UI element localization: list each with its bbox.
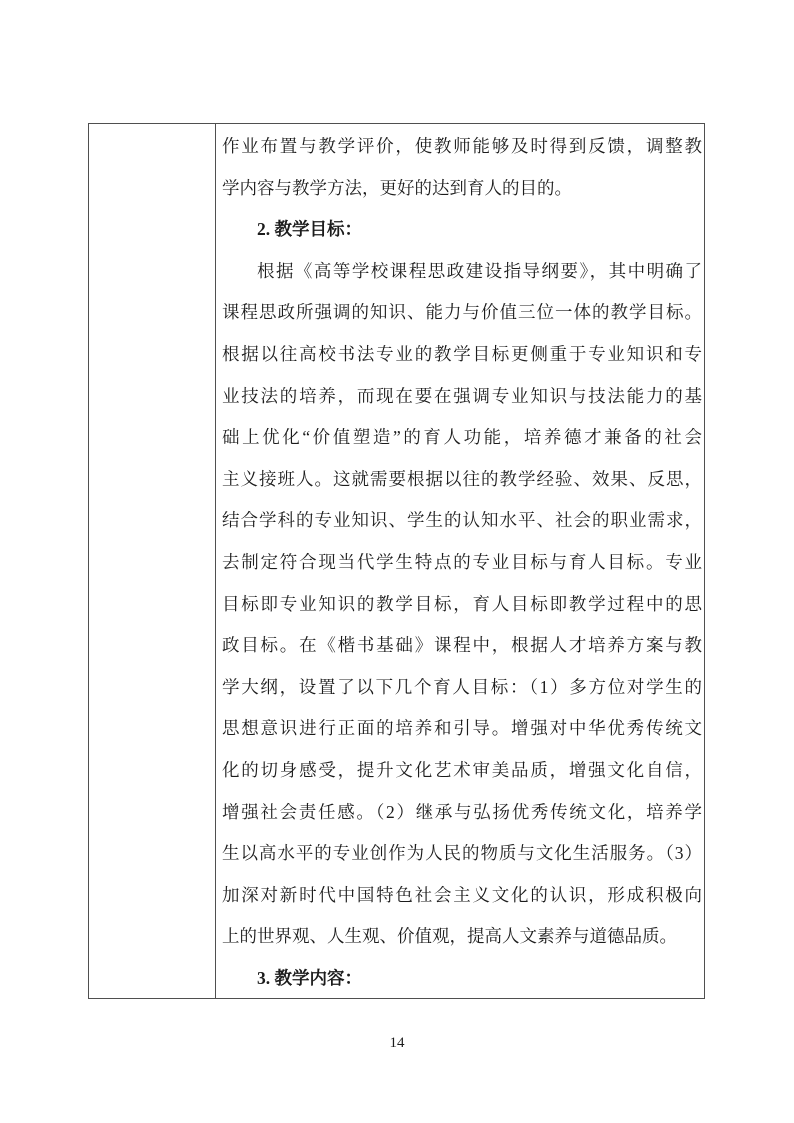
paragraph-line: 学内容与教学方法，更好的达到育人的目的。 — [222, 168, 702, 210]
paragraph-line: 上的世界观、人生观、价值观，提高人文素养与道德品质。 — [222, 916, 702, 958]
page-number: 14 — [0, 1032, 794, 1054]
paragraph-line: 加深对新时代中国特色社会主义文化的认识，形成积极向 — [222, 875, 702, 917]
paragraph-line: 课程思政所强调的知识、能力与价值三位一体的教学目标。 — [222, 292, 702, 334]
paragraph-line: 去制定符合现当代学生特点的专业目标与育人目标。专业 — [222, 542, 702, 584]
content-table: 作业布置与教学评价，使教师能够及时得到反馈，调整教学内容与教学方法，更好的达到育… — [88, 123, 705, 999]
paragraph-line: 作业布置与教学评价，使教师能够及时得到反馈，调整教 — [222, 126, 702, 168]
paragraph-line: 学大纲，设置了以下几个育人目标：（1）多方位对学生的 — [222, 667, 702, 709]
paragraph-line: 思想意识进行正面的培养和引导。增强对中华优秀传统文 — [222, 708, 702, 750]
paragraph-line: 础上优化“价值塑造”的育人功能，培养德才兼备的社会 — [222, 417, 702, 459]
table-content-cell: 作业布置与教学评价，使教师能够及时得到反馈，调整教学内容与教学方法，更好的达到育… — [216, 124, 704, 998]
paragraph-line: 根据以往高校书法专业的教学目标更侧重于专业知识和专 — [222, 334, 702, 376]
table-left-cell — [89, 124, 216, 998]
paragraph-line: 目标即专业知识的教学目标，育人目标即教学过程中的思 — [222, 584, 702, 626]
paragraph-line: 结合学科的专业知识、学生的认知水平、社会的职业需求， — [222, 500, 702, 542]
section-heading: 2. 教学目标： — [222, 209, 702, 251]
paragraph-line: 业技法的培养，而现在要在强调专业知识与技法能力的基 — [222, 376, 702, 418]
paragraph-line: 化的切身感受，提升文化艺术审美品质，增强文化自信， — [222, 750, 702, 792]
document-page: { "page": { "number": "14" }, "table": {… — [0, 0, 794, 1123]
paragraph-line: 主义接班人。这就需要根据以往的教学经验、效果、反思， — [222, 459, 702, 501]
paragraph-line: 增强社会责任感。（2）继承与弘扬优秀传统文化，培养学 — [222, 792, 702, 834]
paragraph-line: 政目标。在《楷书基础》课程中，根据人才培养方案与教 — [222, 625, 702, 667]
paragraph-line: 生以高水平的专业创作为人民的物质与文化生活服务。（3） — [222, 833, 702, 875]
paragraph-line: 根据《高等学校课程思政建设指导纲要》，其中明确了 — [222, 251, 702, 293]
section-heading: 3. 教学内容： — [222, 958, 702, 998]
